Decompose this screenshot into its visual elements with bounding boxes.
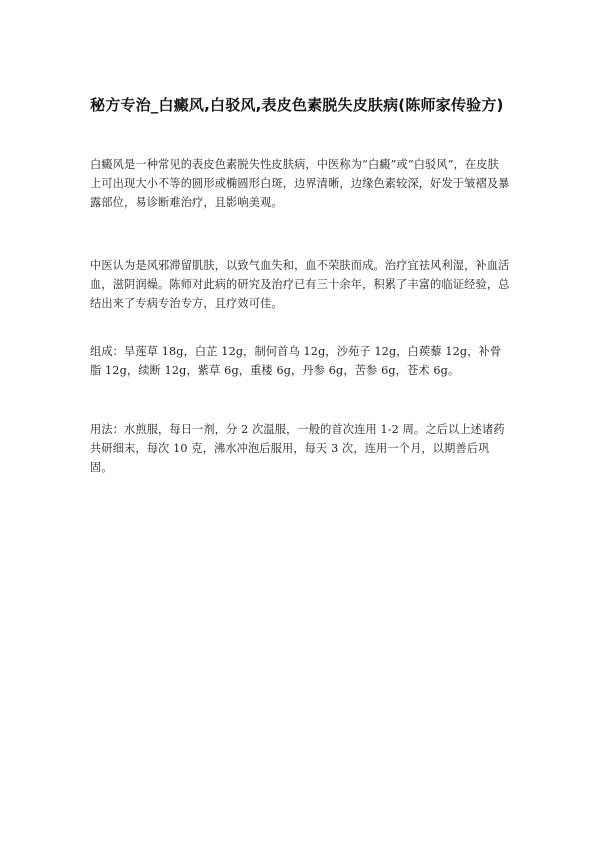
paragraph-introduction: 白癜风是一种常见的表皮色素脱失性皮肤病，中医称为“白癜”或“白驳风”，在皮肤上可… — [90, 155, 510, 212]
paragraph-tcm-theory: 中医认为是风邪滞留肌肤，以致气血失和，血不荣肤而成。治疗宜祛风利湿，补血活血，滋… — [90, 256, 510, 313]
document-title: 秘方专治_白癜风,白驳风,表皮色素脱失皮肤病(陈师家传验方) — [90, 90, 510, 120]
paragraph-ingredients: 组成：旱莲草 18g，白芷 12g，制何首乌 12g，沙苑子 12g，白蒺藜 1… — [90, 342, 510, 380]
paragraph-usage: 用法：水煎服，每日一剂，分 2 次温服，一般的首次连用 1-2 周。之后以上述诸… — [90, 420, 510, 477]
